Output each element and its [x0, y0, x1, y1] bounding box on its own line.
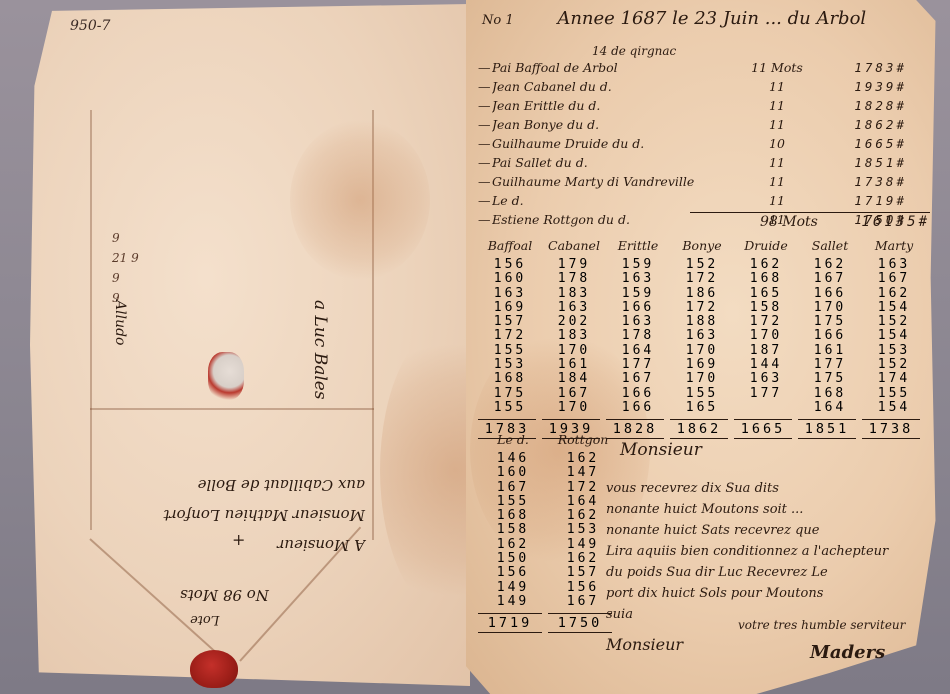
tally-value: 164	[606, 344, 670, 358]
tally-value: 202	[542, 315, 606, 329]
tally-value: 175	[798, 315, 862, 329]
fold-line-horizontal	[90, 408, 374, 410]
ledger-title: Annee 1687 le 23 Juin ... du Arbol	[557, 8, 866, 29]
ledger-name: Pai Baffoal de Arbol	[492, 60, 747, 75]
tally-value: 161	[798, 344, 862, 358]
ledger-weight: 1862#	[807, 117, 907, 132]
ledger-name: Jean Cabanel du d.	[492, 79, 747, 94]
tally-column: 146160167155168158162150156149149	[478, 452, 548, 609]
tally-value: 183	[542, 287, 606, 301]
ledger-total-count: 98 Mots	[760, 214, 818, 230]
fold-line-left	[90, 110, 92, 530]
tally-value: 167	[798, 272, 862, 286]
tally-value: 162	[478, 538, 548, 552]
tally-value: 149	[478, 595, 548, 609]
tally-value: 154	[862, 301, 926, 315]
tally-value: 163	[734, 372, 798, 386]
tally-value: 167	[478, 481, 548, 495]
tally-value: 144	[734, 358, 798, 372]
tally-value: 166	[606, 401, 670, 415]
tally-value: 152	[862, 358, 926, 372]
ledger-name: Pai Sallet du d.	[492, 155, 747, 170]
signoff: votre tres humble serviteur	[738, 618, 905, 632]
tally-value: 157	[478, 315, 542, 329]
tally-value: 160	[478, 466, 548, 480]
bottom-note: No 98 Mots	[180, 586, 269, 604]
tally-column-header: Druide	[734, 238, 798, 258]
ledger-weight: 1828#	[807, 98, 907, 113]
letter-line: port dix huict Sols pour Moutons	[606, 583, 936, 604]
tally-value: 166	[798, 287, 862, 301]
address-line: Monsieur Mathieu Lonfort	[95, 500, 365, 530]
tally-column: 152172186172188163170169170155165	[670, 258, 734, 415]
tally-value: 166	[606, 387, 670, 401]
ledger-count: 11	[747, 79, 807, 94]
tally-value: 163	[542, 301, 606, 315]
tally-value: 165	[734, 287, 798, 301]
tally-value: 153	[478, 358, 542, 372]
tally-value: 155	[670, 387, 734, 401]
tally-value: 160	[478, 272, 542, 286]
tally-value: 170	[542, 344, 606, 358]
tally-value: 172	[670, 301, 734, 315]
tally-value: 163	[670, 329, 734, 343]
tally-value: 154	[862, 401, 926, 415]
tally-value: 159	[606, 287, 670, 301]
side-note-right: a Luc Bales	[310, 300, 330, 400]
margin-mark: 9	[112, 268, 139, 288]
tally-value: 163	[862, 258, 926, 272]
tally-value: 155	[478, 401, 542, 415]
ledger-total-weight: 16135#	[861, 214, 930, 230]
ledger-row: —Jean Erittle du d.111828#	[478, 98, 918, 117]
tally-column-header: Le d.	[478, 432, 548, 452]
ledger-row: —Pai Sallet du d.111851#	[478, 155, 918, 174]
water-stain	[290, 120, 430, 280]
tally-value: 186	[670, 287, 734, 301]
ledger-total: 98 Mots 16135#	[690, 212, 930, 230]
ledger-row: —Guilhaume Marty di Vandreville111738#	[478, 174, 918, 193]
ledger-name: Le d.	[492, 193, 747, 208]
ledger-heading: No 1 Annee 1687 le 23 Juin ... du Arbol	[482, 8, 866, 29]
tally-value: 162	[734, 258, 798, 272]
ledger-row: —Pai Baffoal de Arbol11 Mots1783#	[478, 60, 918, 79]
tally-value: 158	[478, 523, 548, 537]
tally-value: 165	[670, 401, 734, 415]
ledger-weight: 1939#	[807, 79, 907, 94]
letter-line: Lira aquiis bien conditionnez a l'achept…	[606, 541, 936, 562]
side-note-left: Alludo	[112, 300, 128, 345]
tally-value: 168	[798, 387, 862, 401]
tally-value: 170	[542, 401, 606, 415]
tally-value: 164	[798, 401, 862, 415]
tally-column: 179178183163202183170161184167170	[542, 258, 606, 415]
ledger-weight: 1719#	[807, 193, 907, 208]
tally-value: 155	[478, 495, 548, 509]
ledger-count: 11	[747, 98, 807, 113]
address-line: A Monsieur	[95, 530, 365, 560]
tally-value: 169	[670, 358, 734, 372]
tally-column: 156160163169157172155153168175155	[478, 258, 542, 415]
tally-header: Baffoal Cabanel Erittle Bonye Druide Sal…	[478, 238, 938, 258]
tally-column-header: Erittle	[606, 238, 670, 258]
ledger-weight: 1783#	[807, 60, 907, 75]
margin-mark: 9	[112, 228, 139, 248]
ledger-row: —Le d.111719#	[478, 193, 918, 212]
cross-mark: +	[232, 530, 245, 549]
tally-value: 149	[478, 581, 548, 595]
tally-value: 155	[862, 387, 926, 401]
bottom-note-2: Lote	[190, 612, 219, 627]
margin-marks: 9 21 9 9 9	[112, 228, 139, 308]
address-block: A Monsieur Monsieur Mathieu Lonfort aux …	[95, 420, 365, 560]
tally-value: 146	[478, 452, 548, 466]
tally-value: 170	[670, 372, 734, 386]
margin-mark: 21 9	[112, 248, 139, 268]
signature: Maders	[810, 642, 885, 663]
letter-line: vous recevrez dix Sua dits	[606, 478, 936, 499]
tally-total: 1719	[478, 613, 542, 633]
tally-value: 156	[478, 566, 548, 580]
tally-value: 163	[606, 315, 670, 329]
tally-value: 158	[734, 301, 798, 315]
tally-column-header: Sallet	[798, 238, 862, 258]
tally-value: 150	[478, 552, 548, 566]
tally-value: 163	[606, 272, 670, 286]
tally-column: 162167166170175166161177175168164	[798, 258, 862, 415]
tally-value: 169	[478, 301, 542, 315]
tally-value: 152	[862, 315, 926, 329]
tally-value: 174	[862, 372, 926, 386]
ledger-row: —Guilhaume Druide du d.101665#	[478, 136, 918, 155]
tally-column: 163167162154152154153152174155154	[862, 258, 926, 415]
tally-column-header: Marty	[862, 238, 926, 258]
tally-value: 161	[542, 358, 606, 372]
tally-column-header: Baffoal	[478, 238, 542, 258]
ledger-subheading: 14 de qirgnac	[592, 44, 676, 58]
ledger-list: —Pai Baffoal de Arbol11 Mots1783# —Jean …	[478, 60, 918, 231]
letter-line: nonante huict Moutons soit ...	[606, 499, 936, 520]
letter-line: nonante huict Sats recevrez que	[606, 520, 936, 541]
ledger-weight: 1851#	[807, 155, 907, 170]
tally-body: 1561601631691571721551531681751551791781…	[478, 258, 938, 415]
ledger-row: —Jean Bonye du d.111862#	[478, 117, 918, 136]
tally-value: 168	[734, 272, 798, 286]
tally-value: 172	[478, 329, 542, 343]
tally-value: 156	[478, 258, 542, 272]
ledger-count: 10	[747, 136, 807, 151]
tally-value: 168	[478, 509, 548, 523]
tally-value: 177	[798, 358, 862, 372]
tally-value: 154	[862, 329, 926, 343]
tally-value: 162	[862, 287, 926, 301]
salutation: Monsieur	[620, 440, 936, 460]
ledger-weight: 1665#	[807, 136, 907, 151]
archive-number: 950-7	[70, 18, 110, 34]
tally-value: 188	[670, 315, 734, 329]
tally-value: 167	[606, 372, 670, 386]
ledger-count: 11 Mots	[747, 60, 807, 75]
tally-value: 178	[542, 272, 606, 286]
tally-value: 166	[798, 329, 862, 343]
tally-value: 153	[862, 344, 926, 358]
tally-value: 183	[542, 329, 606, 343]
ledger-name: Guilhaume Marty di Vandreville	[492, 174, 747, 189]
tally-value: 163	[478, 287, 542, 301]
tally-value: 178	[606, 329, 670, 343]
tally-value: 184	[542, 372, 606, 386]
tally-value: 187	[734, 344, 798, 358]
broken-seal	[208, 352, 244, 400]
tally-column: 159163159166163178164177167166166	[606, 258, 670, 415]
tally-value: 172	[734, 315, 798, 329]
tally-value: 170	[734, 329, 798, 343]
tally-column-header: Cabanel	[542, 238, 606, 258]
tally-value: 162	[798, 258, 862, 272]
tally-column: 162168165158172170187144163177	[734, 258, 798, 415]
tally-value: 155	[478, 344, 542, 358]
tally-table: Baffoal Cabanel Erittle Bonye Druide Sal…	[478, 238, 938, 439]
tally-value: 172	[670, 272, 734, 286]
ledger-name: Jean Bonye du d.	[492, 117, 747, 132]
ledger-row: —Jean Cabanel du d.111939#	[478, 79, 918, 98]
tally-value: 177	[606, 358, 670, 372]
address-page	[30, 4, 470, 686]
ledger-count: 11	[747, 117, 807, 132]
ledger-number: No 1	[482, 13, 514, 28]
tally-column-header: Bonye	[670, 238, 734, 258]
closing: Monsieur	[606, 635, 936, 654]
tally-value: 166	[606, 301, 670, 315]
tally-value: 170	[798, 301, 862, 315]
tally-total: 1750	[548, 613, 612, 633]
tally-value: 152	[670, 258, 734, 272]
tally-value: 175	[798, 372, 862, 386]
tally-value: 175	[478, 387, 542, 401]
tally-value: 177	[734, 387, 798, 401]
ledger-count: 11	[747, 193, 807, 208]
letter-line: du poids Sua dir Luc Recevrez Le	[606, 562, 936, 583]
ledger-name: Guilhaume Druide du d.	[492, 136, 747, 151]
tally-value: 167	[862, 272, 926, 286]
tally-value: 167	[542, 387, 606, 401]
tally-value: 179	[542, 258, 606, 272]
ledger-name: Jean Erittle du d.	[492, 98, 747, 113]
address-line: aux Cabillaut de Bolle	[95, 470, 365, 500]
wax-seal	[190, 650, 238, 688]
tally-value: 168	[478, 372, 542, 386]
ledger-count: 11	[747, 174, 807, 189]
ledger-count: 11	[747, 155, 807, 170]
tally-value: 159	[606, 258, 670, 272]
tally-value: 170	[670, 344, 734, 358]
ledger-weight: 1738#	[807, 174, 907, 189]
